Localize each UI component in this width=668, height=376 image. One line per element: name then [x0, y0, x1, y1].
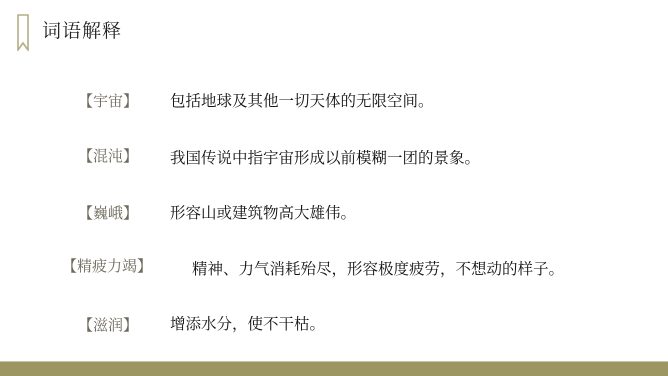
footer-bar	[0, 362, 668, 376]
page-title: 词语解释	[42, 16, 122, 43]
term-hundun: 【混沌】	[78, 145, 138, 166]
definition-weie: 形容山或建筑物高大雄伟。	[170, 201, 356, 223]
term-weie: 【巍峨】	[78, 202, 138, 223]
definition-zirun: 增添水分，使不干枯。	[170, 312, 325, 334]
definition-jingpilijie: 精神、力气消耗殆尽，形容极度疲劳，不想动的样子。	[192, 257, 564, 279]
bookmark-icon	[17, 14, 29, 51]
definition-yuzhou: 包括地球及其他一切天体的无限空间。	[170, 89, 434, 111]
definition-hundun: 我国传说中指宇宙形成以前模糊一团的景象。	[170, 146, 480, 168]
term-yuzhou: 【宇宙】	[78, 90, 138, 111]
term-zirun: 【滋润】	[78, 314, 138, 335]
term-jingpilijie: 【精疲力竭】	[62, 255, 152, 276]
